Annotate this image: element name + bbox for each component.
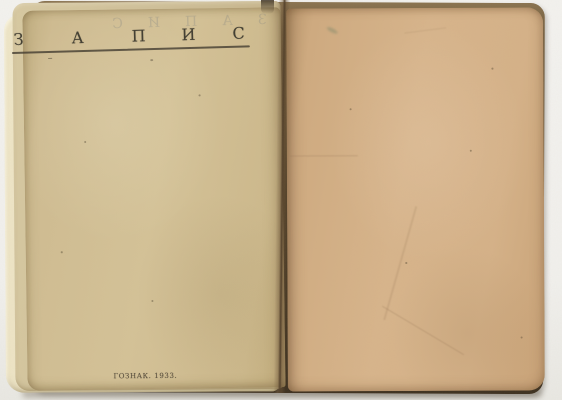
paper-speck [350,108,352,110]
header-letter: П [131,26,145,45]
gutter-shadow-top [261,0,274,14]
header-letter: И [181,25,195,44]
notebook-scan: ГОЗНАК. 1933. ЗАПИС З А П И С [0,0,562,400]
header-letter: З [13,30,23,49]
paper-speck [84,141,86,143]
ink-smudge [326,26,338,35]
paper-crease [383,206,416,320]
paper-speck [405,262,407,264]
paper-crease [404,27,446,33]
paper-speck [470,150,472,152]
header-letter: С [232,23,245,42]
ink-mark [48,57,52,59]
left-page: ГОЗНАК. 1933. [22,7,285,391]
paper-speck [491,68,493,70]
paper-crease [290,155,358,156]
printer-imprint: ГОЗНАК. 1933. [113,372,203,381]
paper-speck [521,337,523,339]
paper-speck [61,251,63,253]
header-letter: А [71,28,84,47]
right-page [286,7,545,391]
paper-speck [199,94,201,96]
paper-speck [151,300,153,302]
paper-crease [382,306,464,355]
